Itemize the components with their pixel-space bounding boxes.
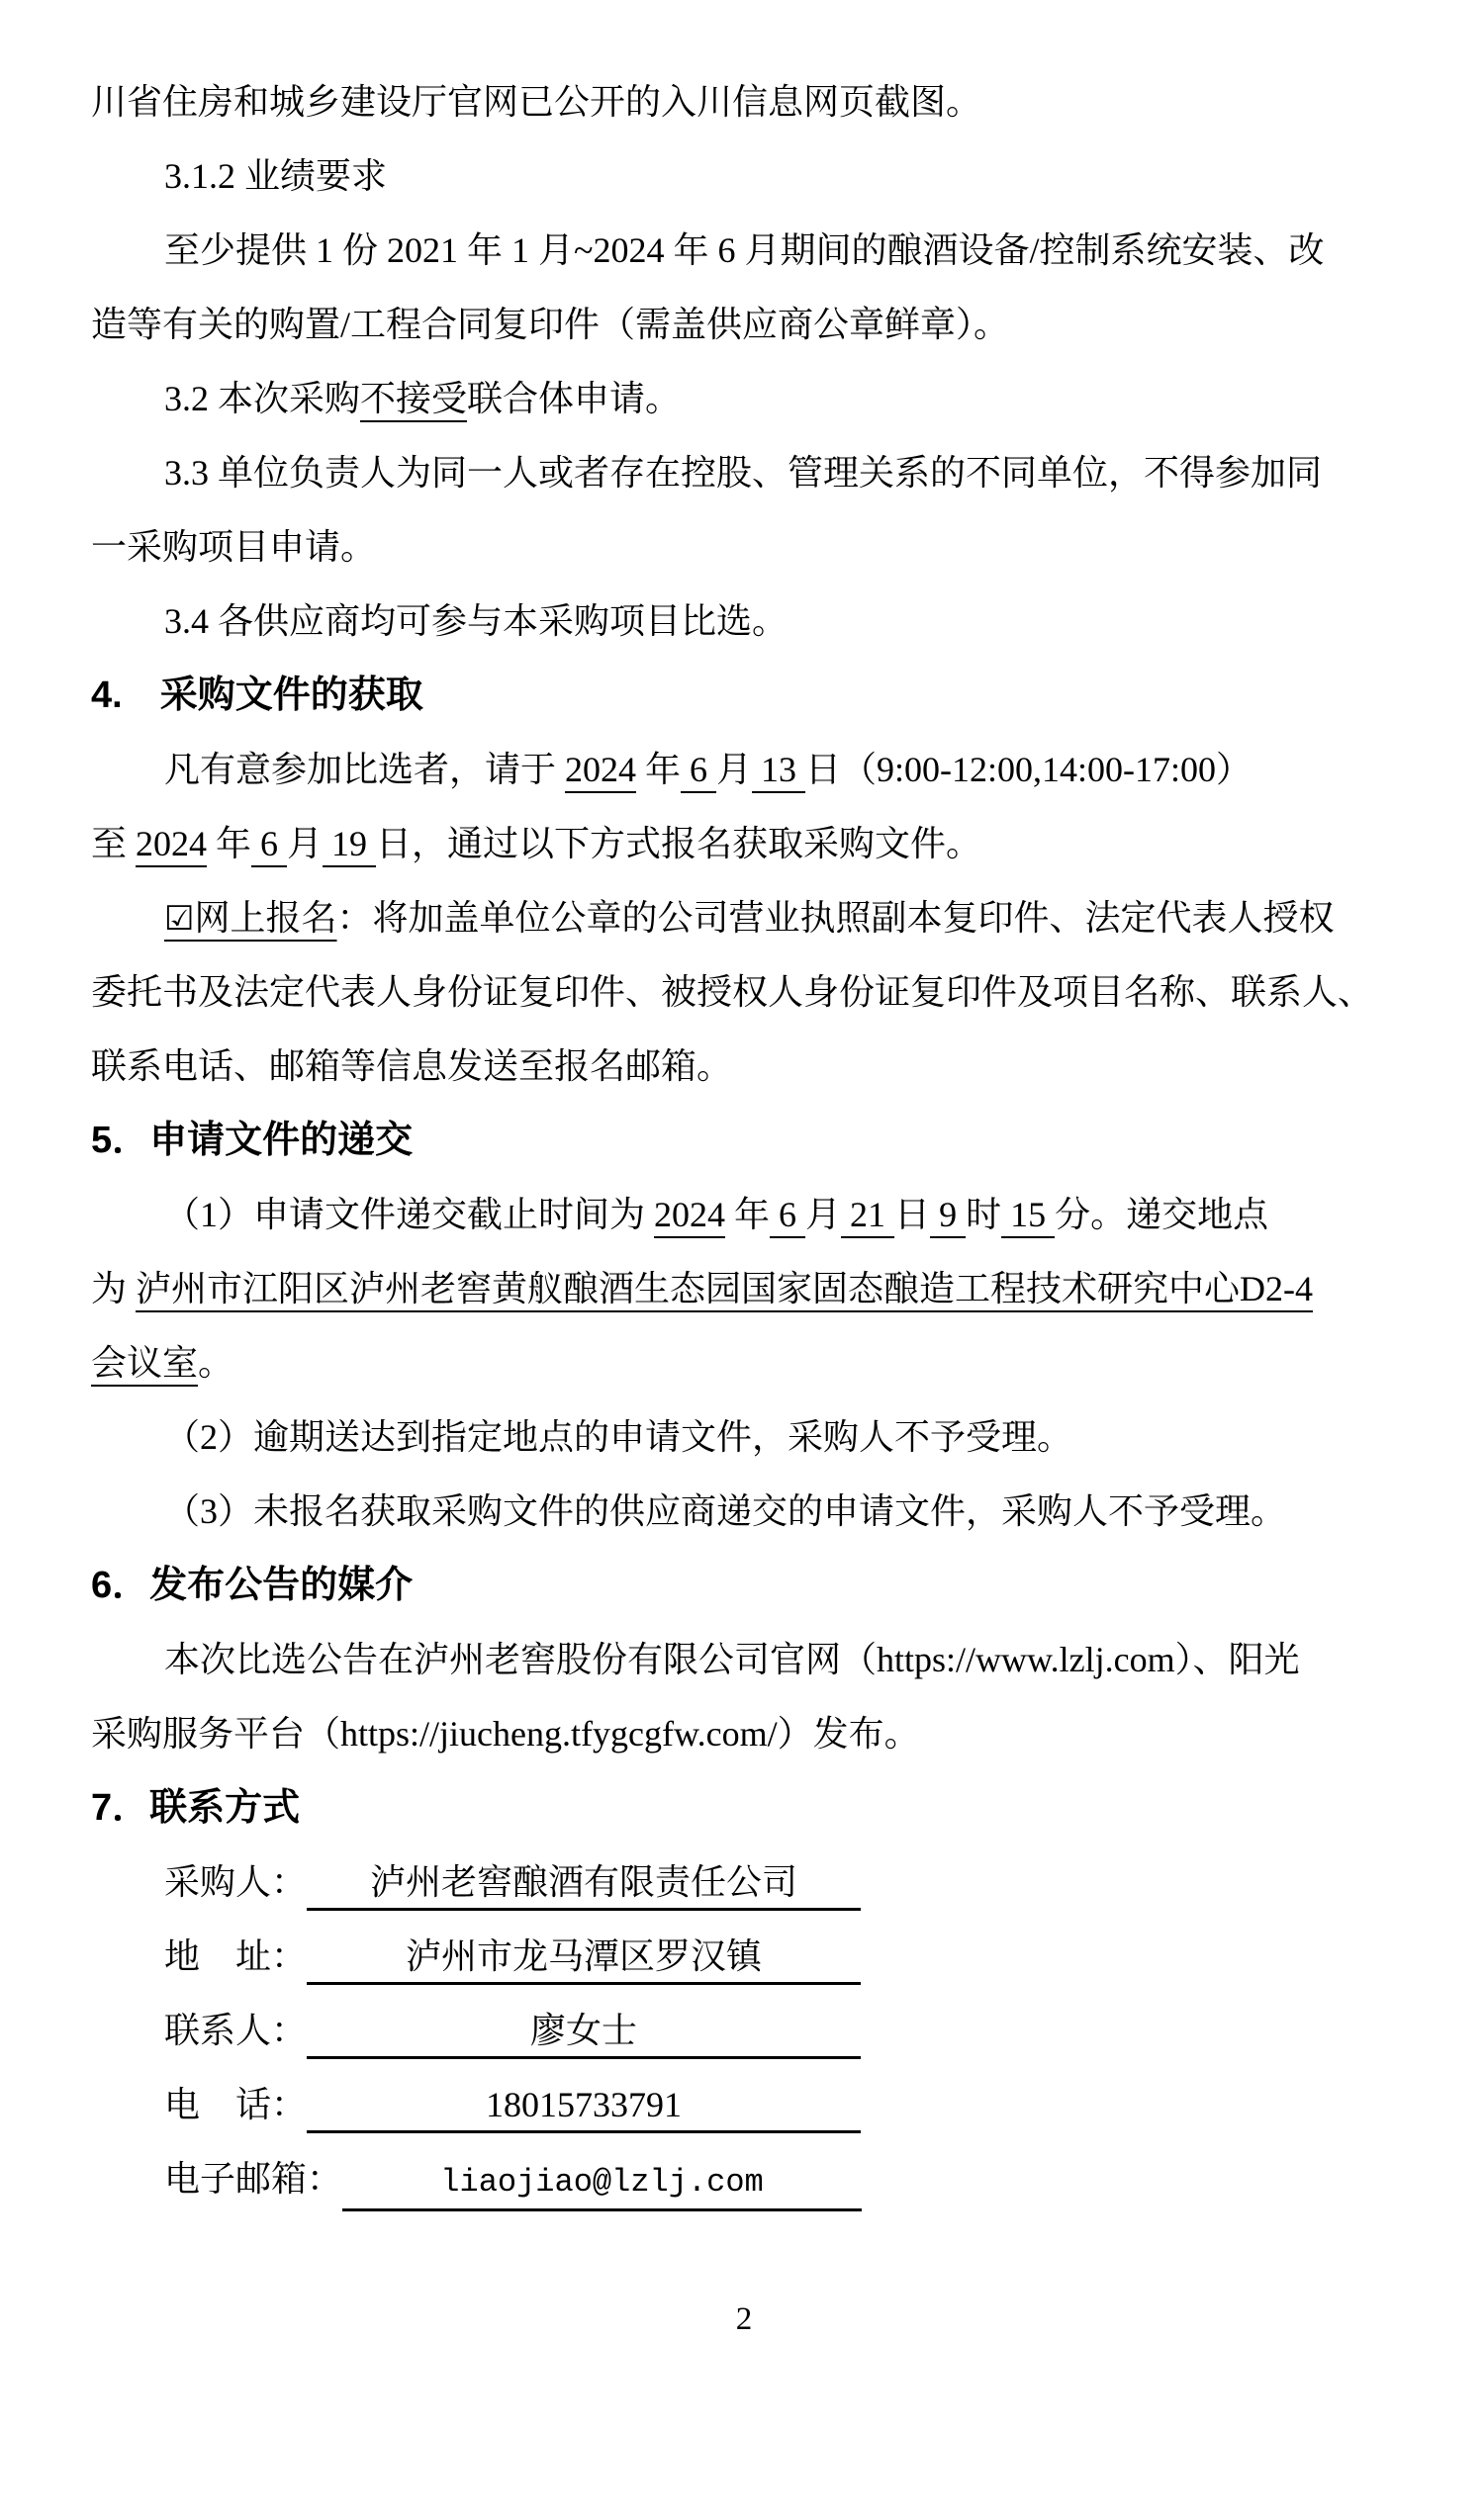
contact-row-phone: 电 话：18015733791 [91, 2068, 1397, 2142]
doc-line-3-3: 3.3 单位负责人为同一人或者存在控股、管理关系的不同单位，不得参加同 [91, 436, 1397, 510]
section-heading-4: 4. 采购文件的获取 [91, 659, 1397, 733]
body-text: 采购服务平台（https://jiucheng.tfygcgfw.com/）发布… [91, 1714, 920, 1754]
contact-value: 泸州老窖酿酒有限责任公司 [307, 1856, 861, 1911]
body-text: 委托书及法定代表人身份证复印件、被授权人身份证复印件及项目名称、联系人、 [91, 972, 1373, 1012]
contact-row-email: 电子邮箱：liaojiao@lzlj.com [91, 2142, 1397, 2216]
contact-label: 地 址： [164, 1920, 307, 1994]
contact-row-purchaser: 采购人：泸州老窖酿酒有限责任公司 [91, 1845, 1397, 1920]
body-text: （1）申请文件递交截止时间为 [164, 1195, 654, 1234]
doc-line: 采购服务平台（https://jiucheng.tfygcgfw.com/）发布… [91, 1697, 1397, 1771]
body-text: 日，通过以下方式报名获取采购文件。 [376, 824, 981, 863]
heading-text: 6．发布公告的媒介 [91, 1565, 413, 1606]
underlined-text: 泸州市江阳区泸州老窖黄舣酿酒生态园国家固态酿造工程技术研究中心D2-4 [136, 1269, 1313, 1308]
doc-line: （2）逾期送达到指定地点的申请文件，采购人不予受理。 [91, 1400, 1397, 1475]
filled-blank: 13 [752, 750, 805, 789]
doc-line-address: 为 泸州市江阳区泸州老窖黄舣酿酒生态园国家固态酿造工程技术研究中心D2-4 [91, 1252, 1397, 1326]
doc-line: 凡有意参加比选者，请于 2024 年 6 月 13 日（9:00-12:00,1… [91, 733, 1397, 807]
body-text: 月 [805, 1195, 841, 1234]
heading-text: 5．申请文件的递交 [91, 1120, 413, 1161]
body-text: 月 [716, 750, 752, 789]
body-text: 造等有关的购置/工程合同复印件（需盖供应商公章鲜章）。 [91, 305, 1009, 344]
body-text: （3）未报名获取采购文件的供应商递交的申请文件，采购人不予受理。 [164, 1491, 1286, 1531]
filled-blank: 2024 [136, 824, 207, 863]
filled-blank: 9 [930, 1195, 966, 1234]
body-text: 一采购项目申请。 [91, 527, 376, 567]
doc-line-online-signup: ☑网上报名：将加盖单位公章的公司营业执照副本复印件、法定代表人授权 [91, 881, 1397, 955]
body-text: 3.3 单位负责人为同一人或者存在控股、管理关系的不同单位，不得参加同 [164, 453, 1322, 493]
body-text: （2）逾期送达到指定地点的申请文件，采购人不予受理。 [164, 1417, 1072, 1457]
filled-blank: 6 [251, 824, 287, 863]
section-heading-5: 5．申请文件的递交 [91, 1104, 1397, 1178]
doc-line: 委托书及法定代表人身份证复印件、被授权人身份证复印件及项目名称、联系人、 [91, 955, 1397, 1030]
body-text: 3.1.2 业绩要求 [164, 156, 387, 196]
filled-blank: 6 [681, 750, 716, 789]
body-text: 年 [636, 750, 681, 789]
contact-label: 电子邮箱： [164, 2142, 342, 2216]
body-text: 联系电话、邮箱等信息发送至报名邮箱。 [91, 1046, 732, 1086]
contact-label: 采购人： [164, 1845, 307, 1920]
body-text: 凡有意参加比选者，请于 [164, 750, 565, 789]
underlined-text: ☑网上报名 [164, 898, 337, 938]
body-text: 至 [91, 824, 136, 863]
body-text: 3.4 各供应商均可参与本采购项目比选。 [164, 601, 788, 641]
filled-blank: 19 [323, 824, 376, 863]
body-text: 日 [894, 1195, 930, 1234]
body-text: ：将加盖单位公章的公司营业执照副本复印件、法定代表人授权 [337, 898, 1335, 938]
underlined-text: 不接受 [360, 379, 467, 418]
contact-label: 联系人： [164, 1994, 307, 2068]
contact-value: 泸州市龙马潭区罗汉镇 [307, 1931, 861, 1985]
body-text: 。 [198, 1343, 233, 1383]
contact-value: 18015733791 [307, 2079, 861, 2133]
body-text: 年 [207, 824, 251, 863]
body-text: 时 [966, 1195, 1001, 1234]
filled-blank: 21 [841, 1195, 894, 1234]
section-heading-7: 7．联系方式 [91, 1771, 1397, 1845]
body-text: 本次比选公告在泸州老窖股份有限公司官网（https://www.lzlj.com… [164, 1640, 1300, 1679]
section-heading-6: 6．发布公告的媒介 [91, 1549, 1397, 1623]
body-text: 为 [91, 1269, 136, 1308]
doc-line: 至少提供 1 份 2021 年 1 月~2024 年 6 月期间的酿酒设备/控制… [91, 214, 1397, 288]
filled-blank: 2024 [654, 1195, 725, 1234]
body-text: 川省住房和城乡建设厅官网已公开的入川信息网页截图。 [91, 82, 981, 122]
contact-row-person: 联系人：廖女士 [91, 1994, 1397, 2068]
filled-blank: 6 [770, 1195, 805, 1234]
document-page: 川省住房和城乡建设厅官网已公开的入川信息网页截图。 3.1.2 业绩要求 至少提… [0, 0, 1484, 2520]
body-text: 3.2 本次采购 [164, 379, 360, 418]
contact-row-address: 地 址：泸州市龙马潭区罗汉镇 [91, 1920, 1397, 1994]
body-text: 日（9:00-12:00,14:00-17:00） [805, 750, 1252, 789]
body-text: 年 [725, 1195, 770, 1234]
body-text: 至少提供 1 份 2021 年 1 月~2024 年 6 月期间的酿酒设备/控制… [164, 230, 1324, 270]
doc-line: 会议室。 [91, 1326, 1397, 1400]
checked-checkbox-icon: ☑ [164, 899, 194, 939]
filled-blank: 15 [1001, 1195, 1055, 1234]
doc-line: 一采购项目申请。 [91, 510, 1397, 585]
body-text: 网上报名 [194, 898, 336, 938]
underlined-text: 会议室 [91, 1343, 198, 1383]
doc-line-3-4: 3.4 各供应商均可参与本采购项目比选。 [91, 585, 1397, 659]
doc-line-deadline: （1）申请文件递交截止时间为 2024 年 6 月 21 日 9 时 15 分。… [91, 1178, 1397, 1252]
doc-line-3-2: 3.2 本次采购不接受联合体申请。 [91, 362, 1397, 436]
page-number: 2 [91, 2297, 1397, 2341]
heading-text: 7．联系方式 [91, 1787, 300, 1829]
body-text: 月 [287, 824, 323, 863]
doc-line: 至 2024 年 6 月 19 日，通过以下方式报名获取采购文件。 [91, 807, 1397, 881]
body-text: 分。递交地点 [1055, 1195, 1268, 1234]
doc-line: 川省住房和城乡建设厅官网已公开的入川信息网页截图。 [91, 65, 1397, 139]
body-text: 联合体申请。 [467, 379, 681, 418]
doc-line: 本次比选公告在泸州老窖股份有限公司官网（https://www.lzlj.com… [91, 1623, 1397, 1697]
doc-line: 联系电话、邮箱等信息发送至报名邮箱。 [91, 1030, 1397, 1104]
doc-line: 造等有关的购置/工程合同复印件（需盖供应商公章鲜章）。 [91, 288, 1397, 362]
contact-value: 廖女士 [307, 2005, 861, 2059]
contact-label: 电 话： [164, 2068, 307, 2142]
contact-value: liaojiao@lzlj.com [342, 2157, 862, 2211]
doc-line: （3）未报名获取采购文件的供应商递交的申请文件，采购人不予受理。 [91, 1475, 1397, 1549]
doc-line-3-1-2: 3.1.2 业绩要求 [91, 139, 1397, 214]
filled-blank: 2024 [565, 750, 636, 789]
heading-text: 4. 采购文件的获取 [91, 675, 423, 716]
